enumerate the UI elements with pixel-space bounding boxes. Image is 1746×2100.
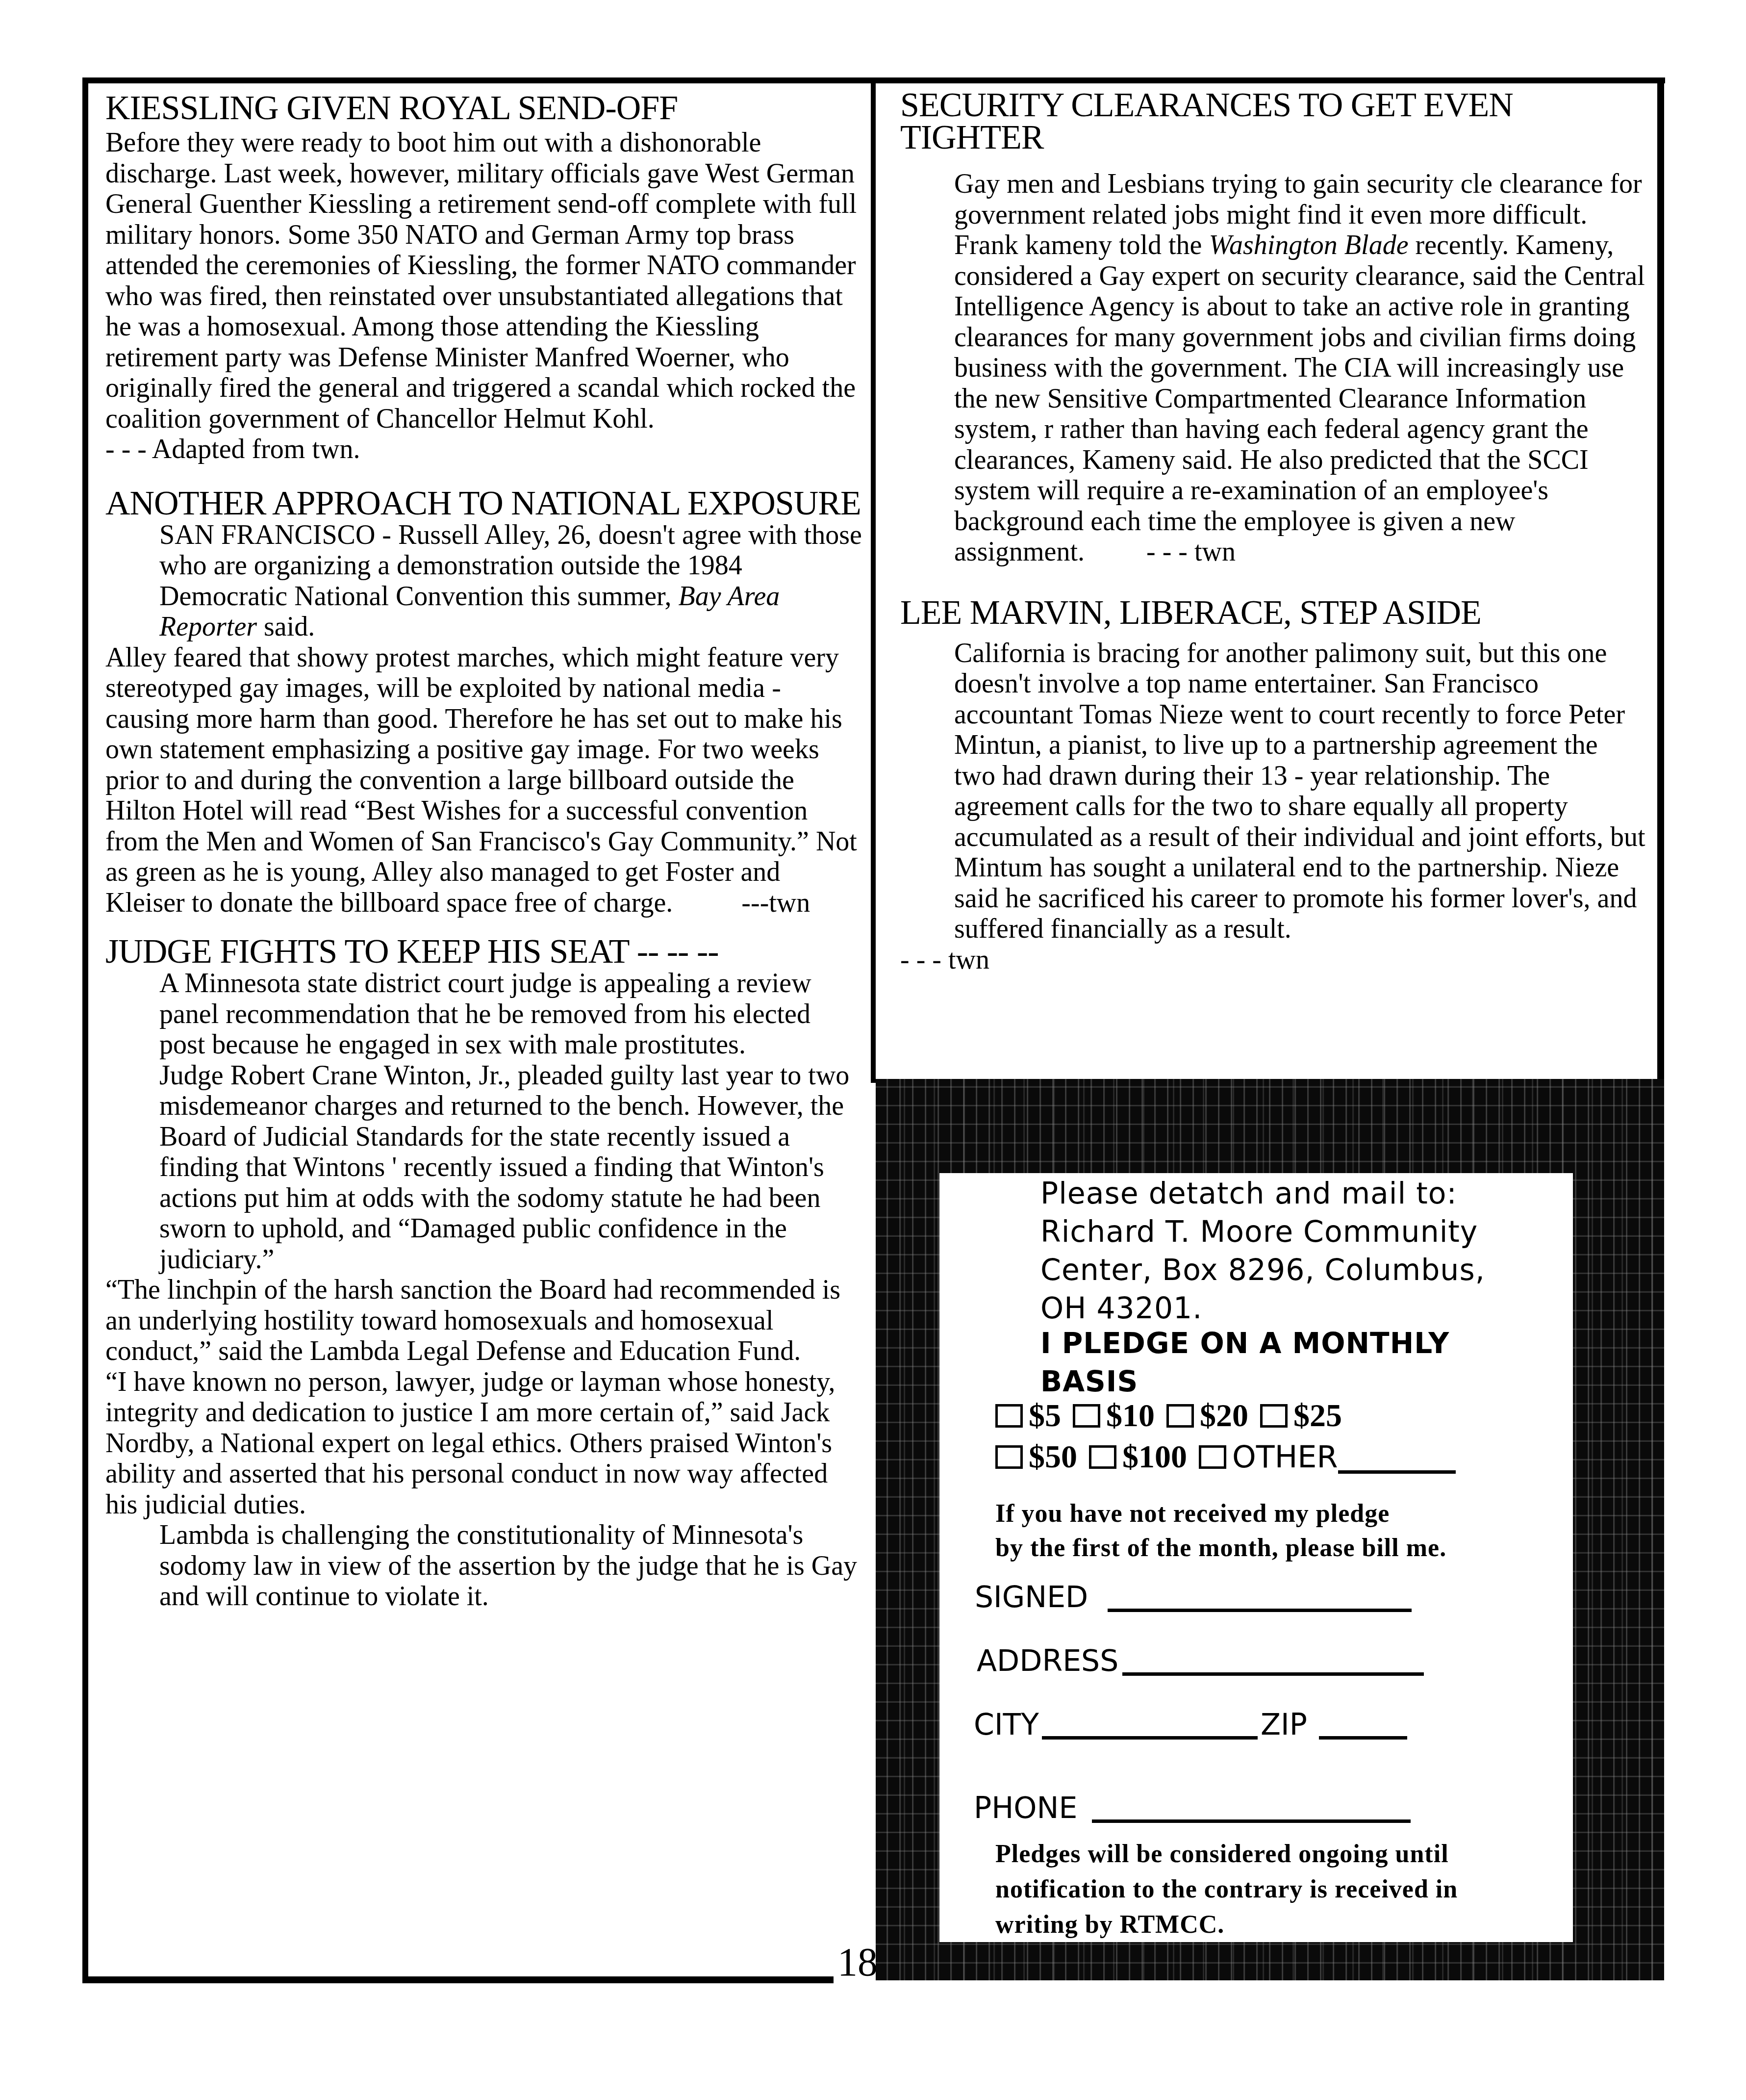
article-credit: ---twn [741,888,810,918]
zip-label: ZIP [1261,1710,1307,1740]
footer-note-line: Pledges will be considered ongoing until [995,1837,1458,1872]
page-border-left [82,77,88,1980]
right-column: SECURITY CLEARANCES TO GET EVEN TIGHTER … [900,89,1645,975]
phone-label: PHONE [974,1793,1077,1823]
city-field[interactable] [1042,1697,1258,1740]
checkbox-20[interactable] [1166,1404,1194,1428]
address-field-row: ADDRESS [977,1633,1424,1676]
page-border-bottom [82,1976,834,1983]
column-divider [871,77,876,1083]
amount-label: $10 [1106,1395,1155,1436]
article-national-exposure: ANOTHER APPROACH TO NATIONAL EXPOSURE SA… [105,487,863,919]
paragraph: “The linchpin of the harsh sanction the … [105,1275,863,1367]
article-security-clearances: SECURITY CLEARANCES TO GET EVEN TIGHTER … [900,89,1645,567]
paragraph: Before they were ready to boot him out w… [105,128,863,434]
paragraph: California is bracing for another palimo… [900,638,1645,945]
amount-label: $50 [1029,1436,1077,1478]
article-body: A Minnesota state district court judge i… [105,968,863,1612]
paragraph: Judge Robert Crane Winton, Jr., pleaded … [105,1060,863,1275]
address-label: ADDRESS [977,1646,1118,1676]
address-line: Richard T. Moore Community [1040,1213,1485,1251]
pledge-heading: I PLEDGE ON A MONTHLY BASIS [1040,1324,1449,1401]
article-palimony: LEE MARVIN, LIBERACE, STEP ASIDE Califor… [900,597,1645,975]
mailing-address: Please detatch and mail to: Richard T. M… [1040,1175,1485,1328]
phone-field[interactable] [1092,1780,1411,1823]
headline-national-exposure: ANOTHER APPROACH TO NATIONAL EXPOSURE [105,487,863,520]
paragraph: Lambda is challenging the constitutional… [105,1520,863,1612]
headline-security-clearances: SECURITY CLEARANCES TO GET EVEN TIGHTER [900,89,1645,154]
city-zip-field-row: CITY ZIP [974,1697,1407,1740]
pledge-footer-note: Pledges will be considered ongoing until… [995,1837,1458,1943]
signed-label: SIGNED [975,1583,1088,1612]
amount-label: $25 [1293,1395,1342,1436]
article-credit: - - - twn [900,945,1645,975]
footer-note-line: notification to the contrary is received… [995,1872,1458,1907]
amount-label: $20 [1200,1395,1248,1436]
publication-title: Washington Blade [1209,230,1408,260]
article-body: Before they were ready to boot him out w… [105,128,863,465]
headline-palimony: LEE MARVIN, LIBERACE, STEP ASIDE [900,597,1645,629]
signed-field-row: SIGNED [975,1569,1412,1612]
left-column: KIESSLING GIVEN ROYAL SEND-OFF Before th… [105,89,863,1612]
pledge-amount-options: $5 $10 $20 $25 $50 $100 OTHER [995,1395,1456,1478]
footer-note-line: writing by RTMCC. [995,1907,1458,1943]
article-body: California is bracing for another palimo… [900,638,1645,975]
amount-row: $50 $100 OTHER [995,1436,1456,1478]
amount-label: $100 [1122,1436,1187,1478]
headline-kiessling: KIESSLING GIVEN ROYAL SEND-OFF [105,92,863,125]
article-body: SAN FRANCISCO - Russell Alley, 26, doesn… [105,520,863,919]
text-run: said. [264,612,315,642]
checkbox-25[interactable] [1260,1404,1288,1428]
checkbox-50[interactable] [995,1445,1023,1469]
amount-label: $5 [1029,1395,1061,1436]
address-line: Center, Box 8296, Columbus, [1040,1251,1485,1289]
other-amount-field[interactable] [1338,1441,1456,1474]
billing-note-line: by the first of the month, please bill m… [995,1531,1446,1565]
article-judge: JUDGE FIGHTS TO KEEP HIS SEAT -- -- -- A… [105,936,863,1612]
address-field[interactable] [1122,1633,1424,1676]
article-credit: - - - Adapted from twn. [105,434,863,465]
checkbox-100[interactable] [1089,1445,1116,1469]
phone-field-row: PHONE [974,1780,1411,1823]
paragraph: A Minnesota state district court judge i… [105,968,863,1060]
paragraph: Gay men and Lesbians trying to gain secu… [900,169,1645,567]
article-kiessling: KIESSLING GIVEN ROYAL SEND-OFF Before th… [105,92,863,465]
pledge-heading-line: I PLEDGE ON A MONTHLY [1040,1324,1449,1362]
article-credit: - - - twn [1146,537,1236,567]
paragraph: “I have known no person, lawyer, judge o… [105,1367,863,1520]
text-run: recently. Kameny, considered a Gay exper… [954,230,1645,567]
billing-note: If you have not received my pledge by th… [995,1497,1446,1565]
mail-instruction: Please detatch and mail to: [1040,1175,1485,1213]
text-run: Alley feared that showy protest marches,… [105,642,857,918]
city-label: CITY [974,1710,1039,1740]
other-label: OTHER [1232,1436,1338,1478]
signed-field[interactable] [1108,1569,1412,1612]
paragraph: Alley feared that showy protest marches,… [105,642,863,919]
checkbox-other[interactable] [1199,1445,1226,1469]
headline-judge: JUDGE FIGHTS TO KEEP HIS SEAT -- -- -- [105,936,863,968]
zip-field[interactable] [1319,1697,1407,1740]
checkbox-5[interactable] [995,1404,1023,1428]
billing-note-line: If you have not received my pledge [995,1497,1446,1531]
paragraph: SAN FRANCISCO - Russell Alley, 26, doesn… [105,520,863,642]
article-body: Gay men and Lesbians trying to gain secu… [900,169,1645,567]
amount-row: $5 $10 $20 $25 [995,1395,1456,1436]
page-border-right [1657,83,1664,1084]
address-line: OH 43201. [1040,1289,1485,1328]
checkbox-10[interactable] [1073,1404,1100,1428]
